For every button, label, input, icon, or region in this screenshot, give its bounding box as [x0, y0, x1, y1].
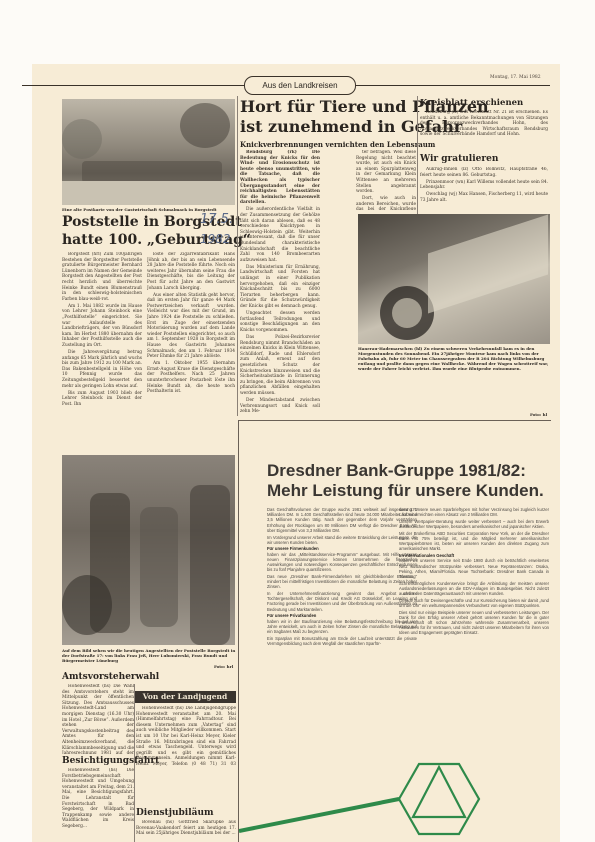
gratulieren-item: Aukrug-Innien (lz) Otto Bolkwitz, Haupts…	[420, 167, 548, 178]
kreisblatt-headline: Kreisblatt erschienen	[420, 98, 523, 108]
amtsvorsteherwahl-headline: Amtsvorsteherwahl	[62, 672, 159, 682]
accident-credit: Foto: hl	[530, 412, 547, 417]
postcard-photo	[62, 99, 235, 205]
accident-caption: Hanerau-Hademarschen (hl) Zu einem schwe…	[358, 346, 550, 371]
ad-column-1: Das Geschäftsvolumen der Gruppe wuchs 19…	[267, 507, 417, 747]
header-rule-right	[354, 85, 550, 86]
post-staff-caption: Auf dem Bild sehen wir die heutigen Ange…	[62, 648, 237, 663]
accident-photo	[358, 214, 550, 344]
besichtigungsfahrt-text: Hohenwestedt (hs) Die Forstbetriebsgemei…	[62, 768, 134, 838]
dresdner-bank-advertisement: Dresdner Bank-Gruppe 1981/82: Mehr Leist…	[238, 420, 551, 842]
gratulieren-headline: Wir gratulieren	[420, 154, 498, 164]
header-rule-left	[22, 85, 244, 86]
landjugend-headline: Von der Landjugend	[134, 691, 236, 703]
hort-column-2: ter betragen. Weil diese Regelung nicht …	[356, 150, 416, 210]
post-staff-credit: Foto: hrl	[214, 664, 233, 669]
amtsvorsteherwahl-text: Hohenwestedt (hs) Die Wahl des Amtsvorst…	[62, 684, 134, 754]
hort-subheadline: Knickverbrennungen vernichten den Lebens…	[240, 140, 435, 149]
gratulieren-item: Prinzenmoor (wn) Karl Willems vollendet …	[420, 180, 548, 191]
landjugend-text: Hohenwestedt (hs) Die Landjugendgruppe H…	[136, 706, 236, 768]
hort-column-1: Rendsburg (rk) Die Bedeutung der Knicks …	[240, 150, 320, 415]
ad-headline-line1: Dresdner Bank-Gruppe 1981/82:	[267, 461, 526, 481]
issue-date: Montag, 17. Mai 1982	[490, 75, 541, 80]
column-divider	[134, 684, 135, 842]
section-label: Aus den Landkreisen	[244, 76, 356, 95]
ad-column-2: derung. Unsere neuen Sparbrieftypen mit …	[399, 507, 549, 769]
gratulieren-list: Aukrug-Innien (lz) Otto Bolkwitz, Haupts…	[420, 167, 548, 217]
post-staff-photo	[62, 455, 235, 645]
dienstjubilaeum-headline: Dienstjubiläum	[136, 808, 214, 818]
kreisblatt-text: Rendsburg (lz) Das Kreisblatt Nr. 21 ist…	[420, 110, 548, 152]
handwritten-date-day: 17.5.	[200, 212, 233, 227]
dienstjubilaeum-text: Bovenau (hs) Gottfried Skarupke aus Bove…	[136, 820, 236, 840]
ad-headline-line2: Mehr Leistung für unsere Kunden.	[267, 481, 544, 501]
column-divider	[417, 96, 418, 214]
gratulieren-item: Owschlag (wj) Max Hansen, Fischerberg 11…	[420, 192, 548, 203]
dresdner-bank-logo-icon	[239, 751, 551, 842]
column-divider	[237, 96, 238, 416]
post-column-2: löste der Zigarrenfabrikant Hans Jöhnk a…	[147, 252, 235, 412]
handwritten-date-year: 1982	[200, 232, 231, 246]
post-column-1: Borgstedt (hrl) Zum 100jährigen Bestehen…	[62, 252, 142, 412]
